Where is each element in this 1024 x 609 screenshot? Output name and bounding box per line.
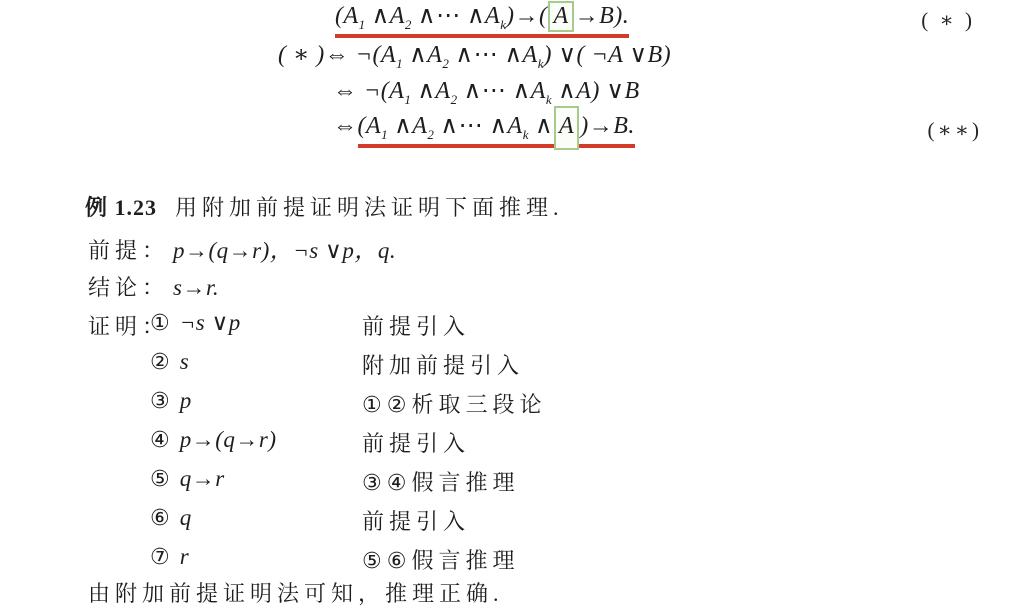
premise-line: 前提： p→(q→r)，¬s ∨p，q. [88,232,396,265]
step-justification: ③④假言推理 [362,466,519,497]
step-formula: s [180,349,189,374]
proof-step-4: ④p→(q→r) [150,427,277,453]
step-formula: r [180,544,189,569]
conclusion-label: 结论： [88,275,169,300]
step-number: ④ [150,427,170,452]
formula-line-4-prefix: ⇔ [333,113,358,139]
derivation-line-4: ⇔(A1 ∧A2 ∧⋯ ∧Ak ∧A)→B. [333,111,635,143]
derivation-line-2: ( ∗ )⇔ ¬(A1 ∧A2 ∧⋯ ∧Ak) ∨( ¬A ∨B) [278,40,671,72]
equation-marker-star: ( ∗ ) [921,8,975,33]
premise-formula: p→(q→r)，¬s ∨p，q. [173,238,396,263]
proof-step-7: ⑦r [150,544,189,570]
formula-line-2: ( ∗ )⇔ ¬(A1 ∧A2 ∧⋯ ∧Ak) ∨( ¬A ∨B) [278,42,671,68]
example-title: 用附加前提证明法证明下面推理. [175,195,564,220]
step-number: ① [150,310,170,335]
equation-marker-double-star: (∗∗) [927,118,982,143]
step-justification: ⑤⑥假言推理 [362,544,519,575]
proof-step-5: ⑤q→r [150,466,225,492]
premise-label: 前提： [88,238,169,263]
formula-line-3: ⇔ ¬(A1 ∧A2 ∧⋯ ∧Ak ∧A) ∨B [333,78,640,104]
step-justification: ①②析取三段论 [362,388,546,419]
derivation-line-3: ⇔ ¬(A1 ∧A2 ∧⋯ ∧Ak ∧A) ∨B [333,76,640,108]
step-formula: q→r [180,466,225,491]
step-formula: q [180,505,192,530]
closing-statement: 由附加前提证明法可知，推理正确. [88,577,504,608]
step-number: ⑦ [150,544,170,569]
step-justification: 前提引入 [362,427,470,458]
proof-step-1: ①¬s ∨p [150,310,241,336]
step-number: ③ [150,388,170,413]
highlight-box: A [554,106,579,150]
formula-line-4: (A1 ∧A2 ∧⋯ ∧Ak ∧A)→B. [358,113,635,139]
derivation-line-1: (A1 ∧A2 ∧⋯ ∧Ak)→(A→B). [335,1,629,33]
step-justification: 前提引入 [362,310,470,341]
step-justification: 附加前提引入 [362,349,524,380]
formula-line-1: (A1 ∧A2 ∧⋯ ∧Ak)→(A→B). [335,3,629,29]
step-formula: p→(q→r) [180,427,277,452]
step-number: ⑥ [150,505,170,530]
red-underline-2: (A1 ∧A2 ∧⋯ ∧Ak ∧A)→B. [358,113,635,148]
step-number: ⑤ [150,466,170,491]
proof-step-6: ⑥q [150,505,192,531]
highlight-box: A [548,1,573,32]
conclusion-formula: s→r. [173,275,219,300]
step-justification: 前提引入 [362,505,470,536]
red-underline-1: (A1 ∧A2 ∧⋯ ∧Ak)→(A→B). [335,3,629,38]
example-number: 例 1.23 [85,195,157,220]
proof-step-3: ③p [150,388,192,414]
step-number: ② [150,349,170,374]
example-heading: 例 1.23 用附加前提证明法证明下面推理. [85,191,564,222]
textbook-page: (A1 ∧A2 ∧⋯ ∧Ak)→(A→B). ( ∗ ) ( ∗ )⇔ ¬(A1… [0,0,1024,609]
proof-step-2: ②s [150,349,189,375]
step-formula: ¬s ∨p [180,310,241,335]
conclusion-line: 结论： s→r. [88,271,219,302]
step-formula: p [180,388,192,413]
